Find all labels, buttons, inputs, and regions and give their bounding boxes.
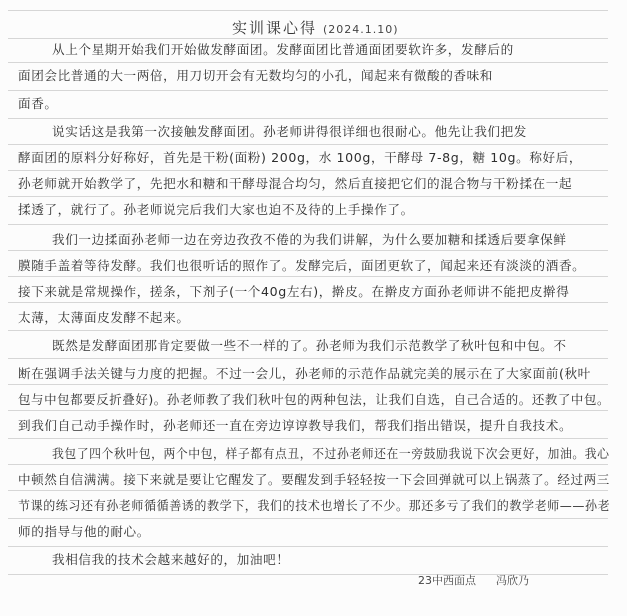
ruled-line [8, 464, 608, 465]
text-line: 孙老师就开始教学了，先把水和糖和干酵母混合均匀，然后直接把它们的混合物与干粉揉在… [18, 176, 610, 192]
text-line: 我包了四个秋叶包，两个中包，样子都有点丑，不过孙老师还在一旁鼓励我说下次会更好，… [52, 446, 576, 462]
ruled-line [8, 276, 608, 277]
ruled-line [8, 546, 608, 547]
ruled-line [8, 384, 608, 385]
text-line: 面香。 [18, 96, 610, 112]
page-title: 实训课心得(2024.1.10) [232, 17, 399, 38]
ruled-line [8, 38, 608, 39]
signature-name: 冯欣乃 [496, 572, 529, 588]
ruled-line [8, 490, 608, 491]
text-line: 到我们自己动手操作时，孙老师还一直在旁边谆谆教导我们，帮我们指出错误，提升自我技… [18, 418, 610, 434]
ruled-line [8, 196, 608, 197]
ruled-line [8, 224, 608, 225]
text-line: 说实话这是我第一次接触发酵面团。孙老师讲得很详细也很耐心。他先让我们把发 [52, 124, 610, 140]
text-line: 膜随手盖着等待发酵。我们也很听话的照作了。发酵完后，面团更软了，闻起来还有淡淡的… [18, 258, 610, 274]
ruled-line [8, 330, 608, 331]
text-line: 太薄，太薄面皮发酵不起来。 [18, 310, 610, 326]
text-line: 我相信我的技术会越来越好的，加油吧！ [52, 552, 610, 568]
ruled-line [8, 170, 608, 171]
title-date: (2024.1.10) [323, 23, 399, 36]
title-text: 实训课心得 [232, 19, 317, 37]
ruled-line [8, 410, 608, 411]
text-line: 酵面团的原料分好称好，首先是干粉(面粉) 200g，水 100g，干酵母 7-8… [18, 150, 610, 166]
text-line: 包与中包都要反折叠好)。孙老师教了我们秋叶包的两种包法，让我们自选，自己合适的。… [18, 392, 603, 408]
ruled-line [8, 90, 608, 91]
ruled-line [8, 438, 608, 439]
ruled-line [8, 62, 608, 63]
handwritten-page: 实训课心得(2024.1.10) 从上个星期开始我们开始做发酵面团。发酵面团比普… [0, 0, 627, 616]
text-line: 中顿然自信满满。接下来就是要让它醒发了。要醒发到手轻轻按一下会回弹就可以上锅蒸了… [18, 472, 608, 488]
text-line: 我们一边揉面孙老师一边在旁边孜孜不倦的为我们讲解，为什么要加糖和揉透后要拿保鲜 [52, 232, 610, 248]
ruled-line [8, 118, 608, 119]
text-line: 接下来就是常规操作，搓条，下剂子(一个40g左右)，擀皮。在擀皮方面孙老师讲不能… [18, 284, 610, 300]
ruled-line [8, 250, 608, 251]
text-line: 既然是发酵面团那肯定要做一些不一样的了。孙老师为我们示范教学了秋叶包和中包。不 [52, 338, 610, 354]
ruled-line [8, 144, 608, 145]
text-line: 师的指导与他的耐心。 [18, 524, 610, 540]
signature-class: 23中西面点 [418, 572, 476, 588]
text-line: 节课的练习还有孙老师循循善诱的教学下，我们的技术也增长了不少。那还多亏了我们的教… [18, 498, 583, 514]
ruled-line [8, 518, 608, 519]
text-line: 面团会比普通的大一两倍，用刀切开会有无数均匀的小孔，闻起来有微酸的香味和 [18, 68, 610, 84]
text-line: 从上个星期开始我们开始做发酵面团。发酵面团比普通面团要软许多，发酵后的 [52, 42, 610, 58]
text-line: 揉透了，就行了。孙老师说完后我们大家也迫不及待的上手操作了。 [18, 202, 610, 218]
text-line: 断在强调手法关键与力度的把握。不过一会儿，孙老师的示范作品就完美的展示在了大家面… [18, 366, 610, 382]
ruled-line [8, 10, 608, 11]
ruled-line [8, 302, 608, 303]
ruled-line [8, 358, 608, 359]
